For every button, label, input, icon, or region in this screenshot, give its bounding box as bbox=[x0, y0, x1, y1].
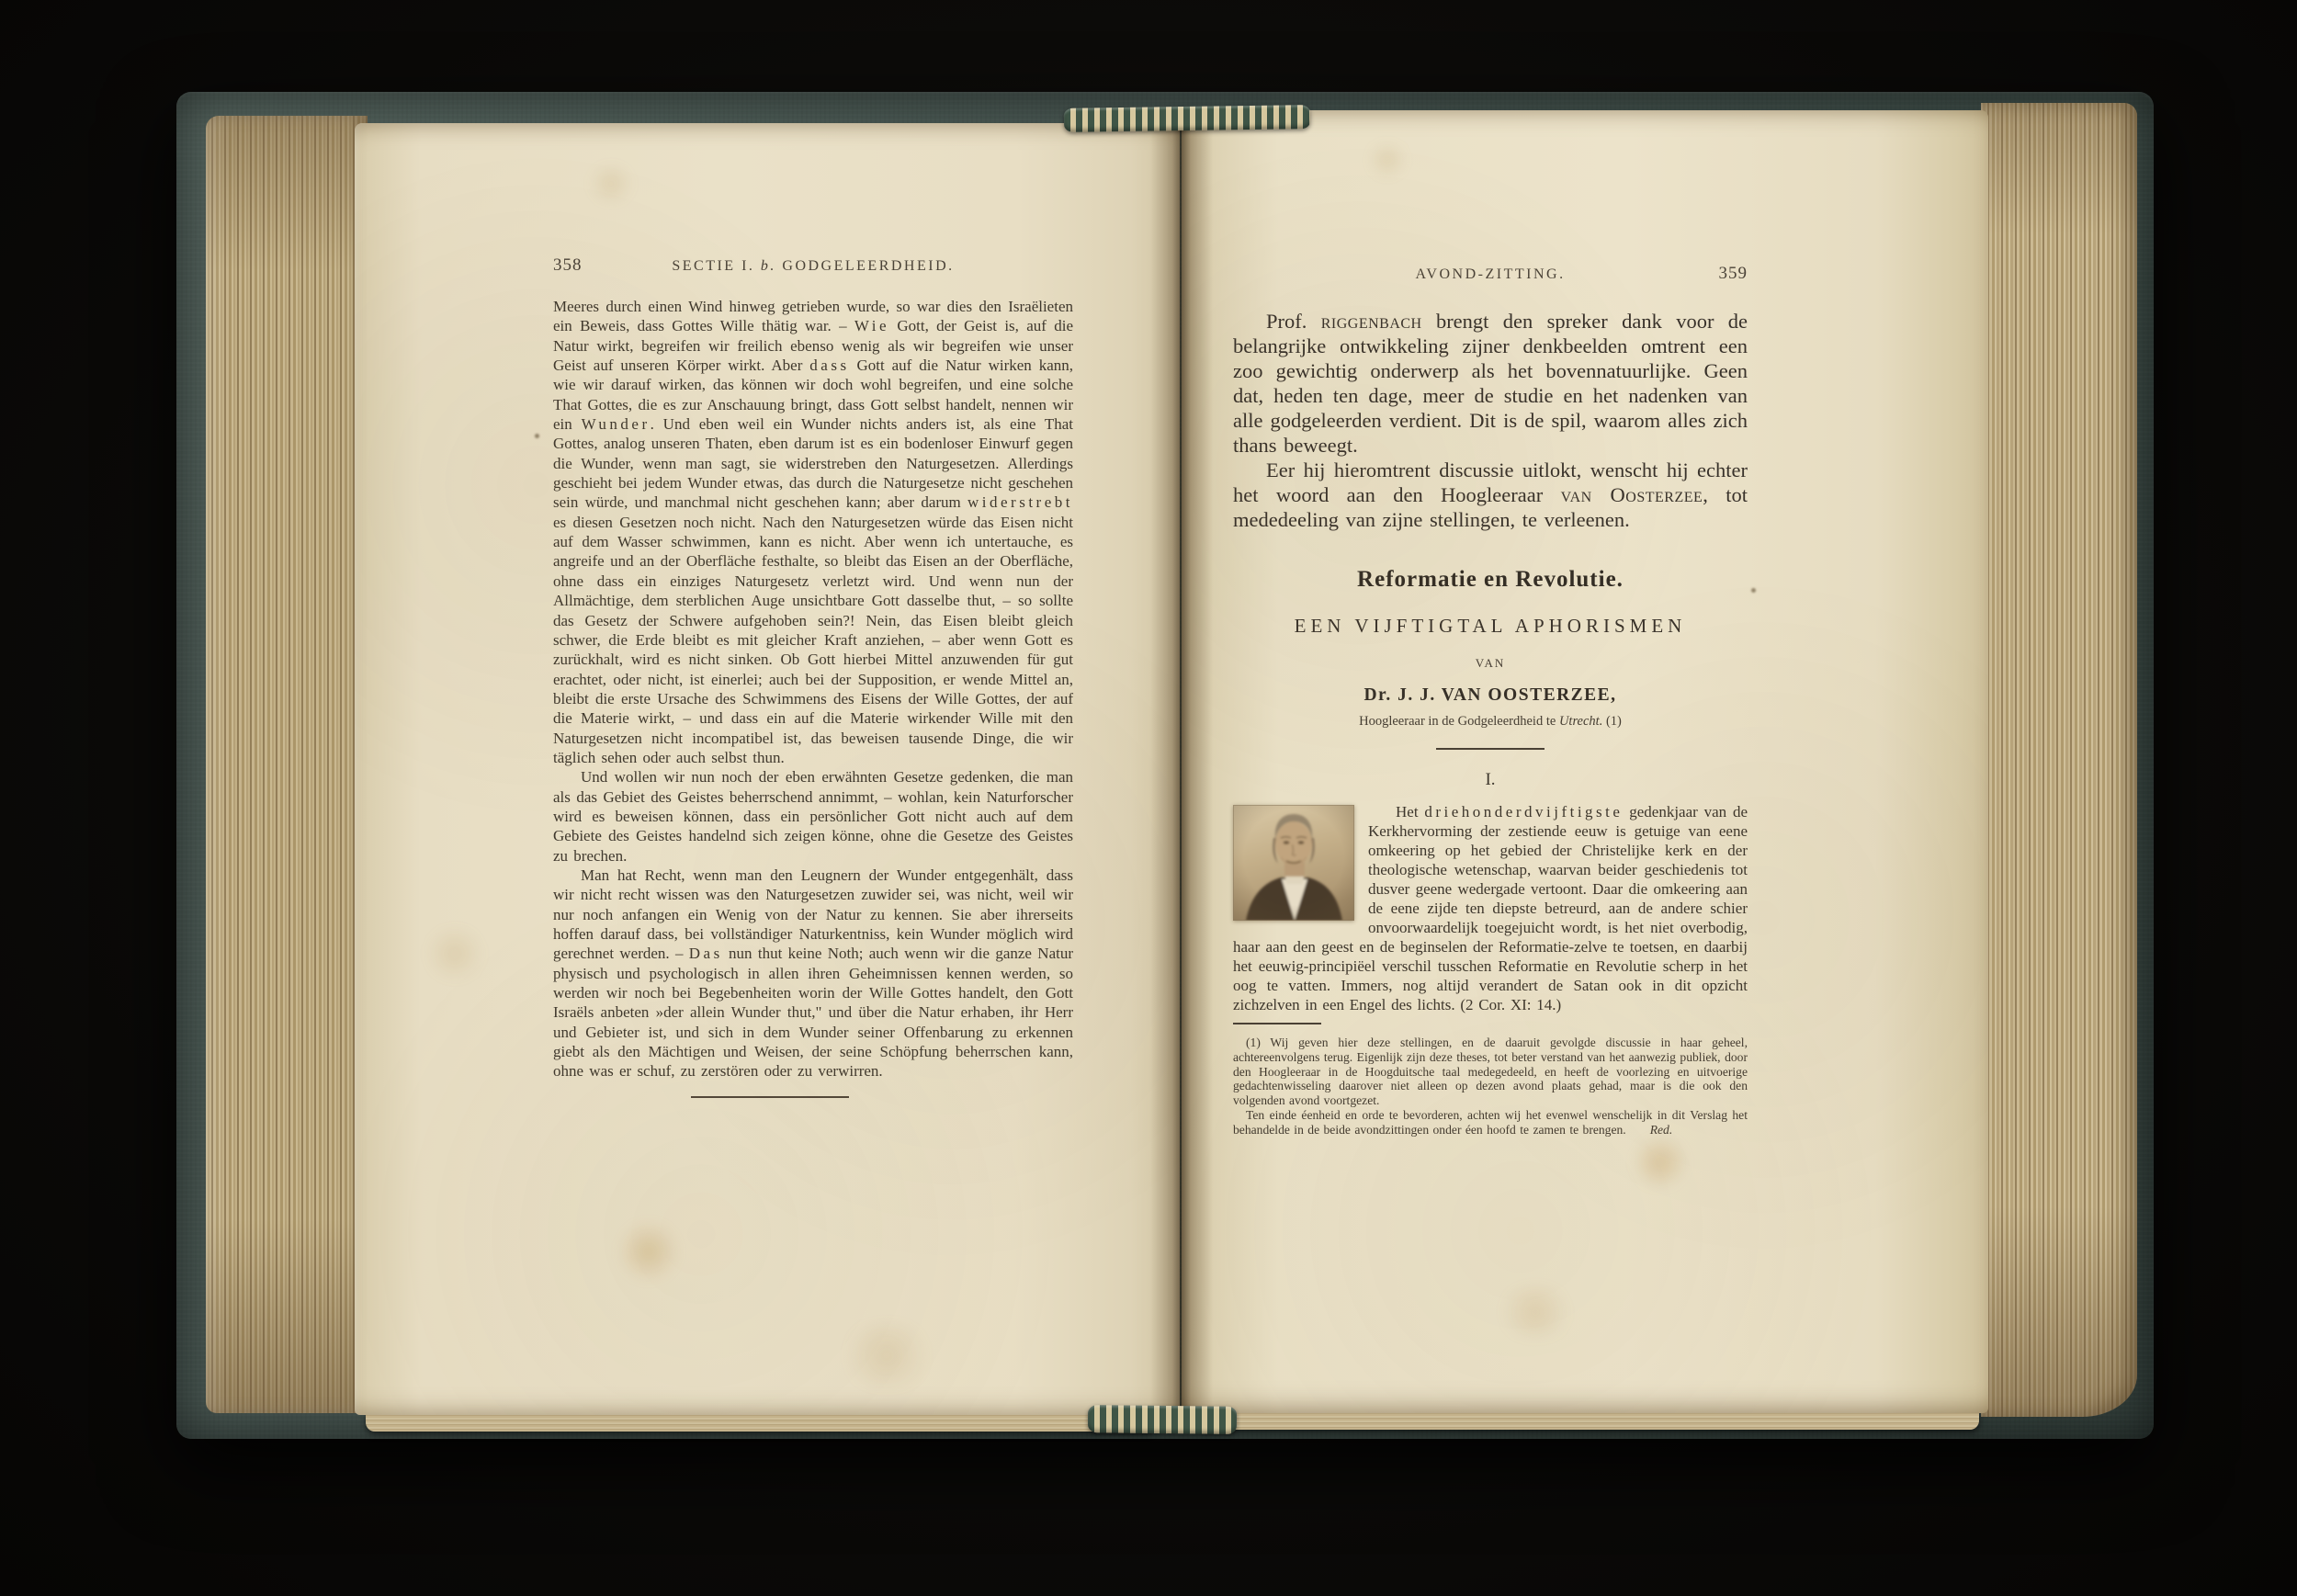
footnote-paragraph: Ten einde éenheid en orde te bevorderen,… bbox=[1233, 1108, 1748, 1138]
ink-speck bbox=[1751, 588, 1756, 593]
right-running-head-row: AVOND-ZITTING. 359 bbox=[1233, 266, 1748, 289]
running-head-right: AVOND-ZITTING. bbox=[1415, 266, 1565, 282]
page-edges-bottom-left bbox=[366, 1413, 1158, 1432]
foxing-stain bbox=[836, 1323, 937, 1387]
footnotes: (1) Wij geven hier deze stellingen, en d… bbox=[1233, 1036, 1748, 1138]
foxing-stain bbox=[1630, 1138, 1691, 1187]
body-paragraph: Und wollen wir nun noch der eben erwähnt… bbox=[553, 767, 1073, 866]
ink-speck bbox=[535, 434, 539, 438]
footnote-paragraph: (1) Wij geven hier deze stellingen, en d… bbox=[1233, 1036, 1748, 1108]
foxing-stain bbox=[423, 928, 487, 979]
body-paragraph: Prof. riggenbach brengt den spreker dank… bbox=[1233, 309, 1748, 458]
title-divider-rule bbox=[1436, 748, 1545, 750]
left-running-head-row: 358 SECTIE I. b. GODGELEERDHEID. bbox=[553, 258, 1073, 280]
endband-bottom bbox=[1088, 1405, 1237, 1434]
left-page-text-block: 358 SECTIE I. b. GODGELEERDHEID. Meeres … bbox=[553, 258, 1073, 1098]
endband-top bbox=[1064, 105, 1310, 132]
foxing-stain bbox=[1494, 1286, 1577, 1338]
running-head-left: SECTIE I. b. GODGELEERDHEID. bbox=[672, 258, 954, 274]
session-report: Prof. riggenbach brengt den spreker dank… bbox=[1233, 309, 1748, 532]
foxing-stain bbox=[616, 1222, 682, 1281]
body-paragraph: Meeres durch einen Wind hinweg getrieben… bbox=[553, 297, 1073, 767]
left-page: 358 SECTIE I. b. GODGELEERDHEID. Meeres … bbox=[355, 123, 1180, 1415]
lecture-title: Reformatie en Revolutie. bbox=[1233, 567, 1748, 593]
author-name: Dr. J. J. VAN OOSTERZEE, bbox=[1233, 685, 1748, 706]
right-page-text-block: AVOND-ZITTING. 359 Prof. riggenbach bren… bbox=[1233, 266, 1748, 1138]
section-end-rule bbox=[691, 1096, 849, 1098]
foxing-stain bbox=[1365, 143, 1409, 176]
body-paragraph: Eer hij hieromtrent discussie uitlokt, w… bbox=[1233, 458, 1748, 532]
portrait-photo bbox=[1233, 805, 1354, 921]
foxing-stain bbox=[586, 165, 636, 202]
page-number-right: 359 bbox=[1719, 264, 1748, 284]
author-role: Hoogleeraar in de Godgeleerdheid te Utre… bbox=[1233, 714, 1748, 730]
page-edges-right bbox=[1981, 103, 2137, 1417]
lecture-subtitle: EEN VIJFTIGTAL APHORISMEN bbox=[1233, 615, 1748, 638]
aphorism-numeral: I. bbox=[1233, 770, 1748, 790]
page-number-left: 358 bbox=[553, 255, 583, 276]
left-page-body: Meeres durch einen Wind hinweg getrieben… bbox=[553, 297, 1073, 1081]
page-edges-bottom-right bbox=[1193, 1411, 1979, 1430]
body-paragraph: Man hat Recht, wenn man den Leugnern der… bbox=[553, 866, 1073, 1081]
aphorism-block: Het driehonderdvijftigste gedenkjaar van… bbox=[1233, 802, 1748, 1014]
photograph-background: 358 SECTIE I. b. GODGELEERDHEID. Meeres … bbox=[0, 0, 2297, 1596]
page-edges-left bbox=[206, 116, 368, 1413]
right-page: AVOND-ZITTING. 359 Prof. riggenbach bren… bbox=[1182, 110, 1988, 1413]
footnote-rule bbox=[1233, 1023, 1321, 1024]
gutter-shadow bbox=[1150, 116, 1213, 1421]
byline-van: VAN bbox=[1233, 656, 1748, 671]
